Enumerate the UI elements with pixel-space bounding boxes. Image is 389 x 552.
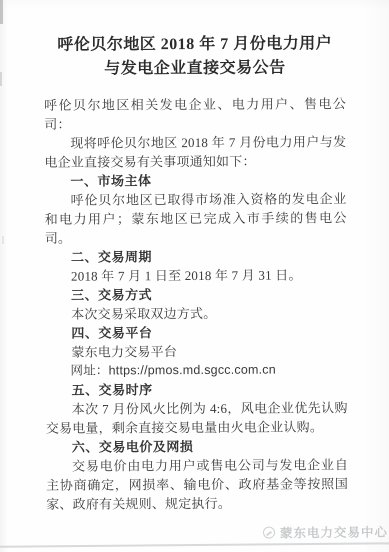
section-2-body: 2018 年 7 月 1 日至 2018 年 7 月 31 日。 xyxy=(45,265,347,286)
section-5-heading: 五、交易时序 xyxy=(46,379,348,400)
watermark: 蒙东电力交易中心 xyxy=(263,522,388,541)
intro-paragraph: 现将呼伦贝尔地区 2018 年 7 月份电力用户与发电企业直接交易有关事项通知如… xyxy=(44,132,346,172)
section-4-body-url: 网址：https://pmos.md.sgcc.com.cn xyxy=(45,360,347,381)
document-content: 呼伦贝尔地区 2018 年 7 月份电力用户 与发电企业直接交易公告 呼伦贝尔地… xyxy=(44,32,349,514)
scanned-document-page: 呼伦贝尔地区 2018 年 7 月份电力用户 与发电企业直接交易公告 呼伦贝尔地… xyxy=(0,0,389,552)
section-2-heading: 二、交易周期 xyxy=(45,246,347,267)
section-3-body: 本次交易采取双边方式。 xyxy=(45,303,347,324)
section-4-heading: 四、交易平台 xyxy=(45,322,347,343)
section-3-heading: 三、交易方式 xyxy=(45,284,347,305)
section-4-body-platform: 蒙东电力交易平台 xyxy=(45,341,347,362)
section-6-heading: 六、交易电价及网损 xyxy=(46,436,348,457)
section-1-body: 呼伦贝尔地区已取得市场准入资格的发电企业和电力用户；蒙东地区已完成入市手续的售电… xyxy=(45,189,347,248)
section-1-heading: 一、市场主体 xyxy=(44,170,346,191)
scan-artifact-left-edge xyxy=(0,72,2,86)
title-line-1: 呼伦贝尔地区 2018 年 7 月份电力用户 xyxy=(57,35,332,53)
trading-center-logo-icon xyxy=(263,527,275,539)
salutation: 呼伦贝尔地区相关发电企业、电力用户、售电公司： xyxy=(44,94,346,134)
scan-artifact-left-mid xyxy=(2,236,4,244)
scan-edge-line xyxy=(0,542,389,547)
watermark-text: 蒙东电力交易中心 xyxy=(280,522,388,541)
document-title: 呼伦贝尔地区 2018 年 7 月份电力用户 与发电企业直接交易公告 xyxy=(44,32,346,82)
scan-artifact-top-left xyxy=(0,0,3,24)
title-line-2: 与发电企业直接交易公告 xyxy=(104,60,286,78)
page-number: 1 xyxy=(45,501,347,511)
section-5-body: 本次 7 月份风火比例为 4:6，风电企业优先认购交易电量，剩余直接交易电量由火… xyxy=(46,398,348,438)
